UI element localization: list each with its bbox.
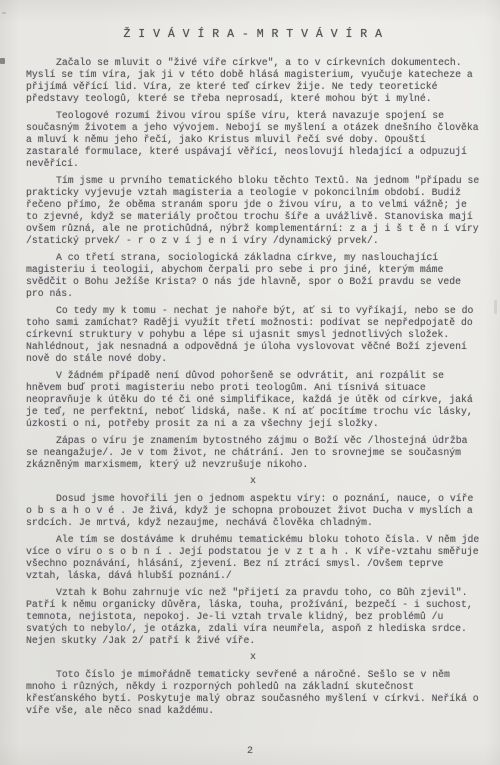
section-separator: x (26, 476, 480, 488)
paragraph-9: Ale tím se dostáváme k druhému tematické… (26, 534, 480, 582)
paragraph-8: Dosud jsme hovořili jen o jednom aspektu… (26, 493, 480, 529)
paragraph-10: Vztah k Bohu zahrnuje víc než "přijetí z… (26, 587, 480, 647)
document-title: Ž I V Á V Í R A - M R T V Á V Í R A (26, 28, 480, 41)
paper-speck (494, 300, 497, 314)
paragraph-4: A co třetí strana, sociologická základna… (26, 252, 480, 300)
paragraph-5: Co tedy my k tomu - nechat je nahoře být… (26, 305, 480, 365)
paper-speck (0, 58, 5, 64)
paragraph-2: Teologové rozumí živou vírou spíše víru,… (26, 110, 480, 170)
document-page: Ž I V Á V Í R A - M R T V Á V Í R A Zača… (0, 0, 500, 765)
paragraph-6: V žádném případě není důvod pohoršeně se… (26, 370, 480, 430)
paragraph-3: Tím jsme u prvního tematického bloku těc… (26, 175, 480, 247)
section-separator: x (26, 652, 480, 664)
page-number: 2 (0, 746, 500, 757)
paragraph-11: Toto číslo je mimořádně tematicky sevřen… (26, 669, 480, 717)
paragraph-1: Začalo se mluvit o "živé víře církve", a… (26, 57, 480, 105)
paragraph-7: Zápas o víru je znamením bytostného zájm… (26, 435, 480, 471)
paper-speck (2, 12, 6, 14)
